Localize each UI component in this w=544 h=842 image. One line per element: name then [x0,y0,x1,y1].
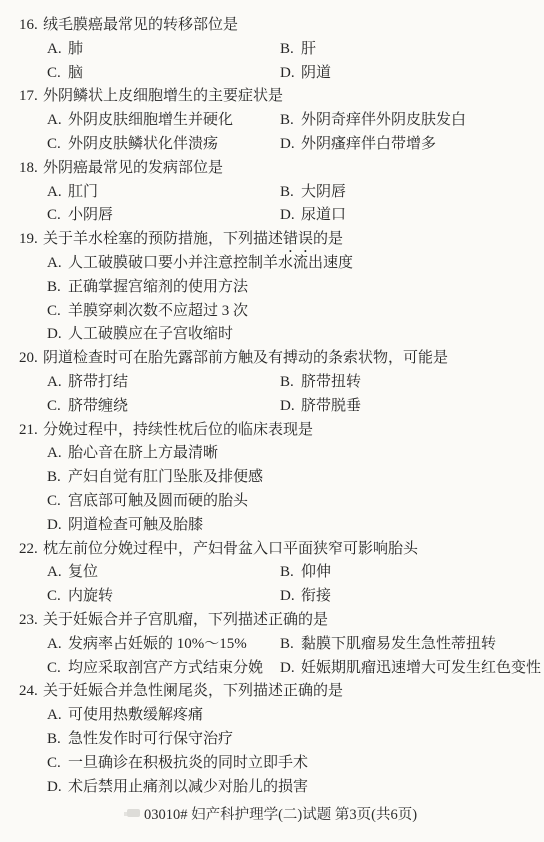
question-23: 23. 关于妊娠合并子宫肌瘤，下列描述正确的是 A.发病率占妊娠的 10%～15… [19,609,544,680]
option-16-A: A.肺 [47,38,280,62]
option-19-B: B.正确掌握宫缩剂的使用方法 [47,276,248,300]
option-text: 复位 [68,561,98,585]
option-text: 小阴唇 [68,204,113,228]
option-22-C: C.内旋转 [47,585,280,609]
option-letter: D. [280,585,301,609]
option-19-A: A.人工破膜破口要小并注意控制羊水流出速度 [47,252,353,276]
page-footer: 03010# 妇产科护理学(二)试题 第3页(共6页) [0,804,544,828]
option-text: 阴道 [301,62,331,86]
option-letter: A. [47,181,68,205]
option-24-A: A.可使用热敷缓解疼痛 [47,704,203,728]
question-stem-line: 16. 绒毛膜癌最常见的转移部位是 [19,14,544,38]
option-20-A: A.脐带打结 [47,371,280,395]
option-letter: C. [47,395,68,419]
question-stem-line: 18. 外阴癌最常见的发病部位是 [19,157,544,181]
option-text: 人工破膜破口要小并注意控制羊水流出速度 [68,252,353,276]
question-stem: 阴道检查时可在胎先露部前方触及有搏动的条索状物，可能是 [43,347,448,371]
option-24-C: C.一旦确诊在积极抗炎的同时立即手术 [47,752,308,776]
option-19-C: C.羊膜穿刺次数不应超过 3 次 [47,300,248,324]
question-16: 16. 绒毛膜癌最常见的转移部位是 A.肺 B.肝 C.脑 D.阴道 [19,14,544,85]
option-letter: B. [280,109,301,133]
question-stem-line: 19. 关于羊水栓塞的预防措施，下列描述错误的是 [19,228,544,252]
option-row: B.正确掌握宫缩剂的使用方法 [19,276,544,300]
option-letter: A. [47,561,68,585]
option-letter: A. [47,109,68,133]
option-letter: D. [280,204,301,228]
option-18-B: B.大阴唇 [280,181,346,205]
option-row: C.内旋转 D.衔接 [19,585,544,609]
option-text: 内旋转 [68,585,113,609]
option-letter: A. [47,252,68,276]
option-row: C.脐带缠绕 D.脐带脱垂 [19,395,544,419]
option-letter: B. [280,371,301,395]
emphasized-word: 错误 [283,231,313,247]
option-20-D: D.脐带脱垂 [280,395,361,419]
question-stem-line: 24. 关于妊娠合并急性阑尾炎，下列描述正确的是 [19,680,544,704]
option-19-D: D.人工破膜应在子宫收缩时 [47,323,233,347]
option-22-A: A.复位 [47,561,280,585]
option-16-D: D.阴道 [280,62,331,86]
option-17-A: A.外阴皮肤细胞增生并硬化 [47,109,280,133]
option-letter: A. [47,38,68,62]
option-text: 阴道检查可触及胎膝 [68,514,203,538]
option-row: B.急性发作时可行保守治疗 [19,728,544,752]
question-number: 21. [19,419,43,443]
option-text: 脑 [68,62,83,86]
option-letter: D. [280,133,301,157]
option-23-C: C.均应采取剖宫产方式结束分娩 [47,657,280,681]
option-letter: C. [47,204,68,228]
option-text: 均应采取剖宫产方式结束分娩 [68,657,263,681]
question-number: 18. [19,157,43,181]
question-number: 23. [19,609,43,633]
option-23-A: A.发病率占妊娠的 10%～15% [47,633,280,657]
question-number: 24. [19,680,43,704]
option-21-D: D.阴道检查可触及胎膝 [47,514,203,538]
option-row: A.胎心音在脐上方最清晰 [19,442,544,466]
question-stem: 外阴癌最常见的发病部位是 [43,157,223,181]
option-text: 术后禁用止痛剂以减少对胎儿的损害 [68,776,308,800]
option-text: 脐带脱垂 [301,395,361,419]
option-letter: B. [47,276,68,300]
option-row: D.人工破膜应在子宫收缩时 [19,323,544,347]
question-stem: 关于羊水栓塞的预防措施，下列描述错误的是 [43,228,343,252]
option-21-A: A.胎心音在脐上方最清晰 [47,442,218,466]
option-row: A.人工破膜破口要小并注意控制羊水流出速度 [19,252,544,276]
option-letter: D. [47,323,68,347]
scan-smudge-artifact [127,809,140,817]
question-22: 22. 枕左前位分娩过程中，产妇骨盆入口平面狭窄可影响胎头 A.复位 B.仰伸 … [19,538,544,609]
question-stem-line: 20. 阴道检查时可在胎先露部前方触及有搏动的条索状物，可能是 [19,347,544,371]
option-text: 尿道口 [301,204,346,228]
option-23-D: D.妊娠期肌瘤迅速增大可发生红色变性 [280,657,541,681]
option-text: 可使用热敷缓解疼痛 [68,704,203,728]
option-text: 肺 [68,38,83,62]
option-24-B: B.急性发作时可行保守治疗 [47,728,233,752]
option-text: 人工破膜应在子宫收缩时 [68,323,233,347]
option-letter: B. [47,466,68,490]
option-22-B: B.仰伸 [280,561,331,585]
option-24-D: D.术后禁用止痛剂以减少对胎儿的损害 [47,776,308,800]
option-letter: D. [280,657,301,681]
option-text: 脐带缠绕 [68,395,128,419]
option-row: C.宫底部可触及圆而硬的胎头 [19,490,544,514]
option-16-B: B.肝 [280,38,316,62]
option-letter: D. [47,514,68,538]
option-letter: B. [280,561,301,585]
question-stem: 分娩过程中，持续性枕后位的临床表现是 [43,419,313,443]
question-stem: 外阴鳞状上皮细胞增生的主要症状是 [43,85,283,109]
option-text: 脐带打结 [68,371,128,395]
footer-text: 03010# 妇产科护理学(二)试题 第3页(共6页) [144,807,417,823]
option-text: 衔接 [301,585,331,609]
question-19: 19. 关于羊水栓塞的预防措施，下列描述错误的是 A.人工破膜破口要小并注意控制… [19,228,544,347]
option-letter: C. [47,300,68,324]
question-18: 18. 外阴癌最常见的发病部位是 A.肛门 B.大阴唇 C.小阴唇 D.尿道口 [19,157,544,228]
option-20-B: B.脐带扭转 [280,371,361,395]
option-text: 外阴皮肤鳞状化伴溃疡 [68,133,218,157]
option-text: 正确掌握宫缩剂的使用方法 [68,276,248,300]
question-stem-line: 22. 枕左前位分娩过程中，产妇骨盆入口平面狭窄可影响胎头 [19,538,544,562]
option-letter: C. [47,62,68,86]
option-text: 外阴皮肤细胞增生并硬化 [68,109,233,133]
option-text: 外阴瘙痒伴白带增多 [301,133,436,157]
question-stem: 枕左前位分娩过程中，产妇骨盆入口平面狭窄可影响胎头 [43,538,418,562]
option-row: A.肛门 B.大阴唇 [19,181,544,205]
option-letter: B. [47,728,68,752]
option-18-C: C.小阴唇 [47,204,280,228]
option-row: C.小阴唇 D.尿道口 [19,204,544,228]
question-17: 17. 外阴鳞状上皮细胞增生的主要症状是 A.外阴皮肤细胞增生并硬化 B.外阴奇… [19,85,544,156]
option-letter: C. [47,490,68,514]
option-text: 一旦确诊在积极抗炎的同时立即手术 [68,752,308,776]
option-text: 羊膜穿刺次数不应超过 3 次 [68,300,248,324]
option-row: C.均应采取剖宫产方式结束分娩 D.妊娠期肌瘤迅速增大可发生红色变性 [19,657,544,681]
option-letter: A. [47,442,68,466]
option-text: 妊娠期肌瘤迅速增大可发生红色变性 [301,657,541,681]
option-row: D.阴道检查可触及胎膝 [19,514,544,538]
option-letter: A. [47,633,68,657]
exam-page: 16. 绒毛膜癌最常见的转移部位是 A.肺 B.肝 C.脑 D.阴道 17. 外… [0,0,544,842]
option-row: B.产妇自觉有肛门坠胀及排便感 [19,466,544,490]
option-text: 脐带扭转 [301,371,361,395]
option-row: A.外阴皮肤细胞增生并硬化 B.外阴奇痒伴外阴皮肤发白 [19,109,544,133]
question-stem: 关于妊娠合并子宫肌瘤，下列描述正确的是 [43,609,328,633]
option-text: 外阴奇痒伴外阴皮肤发白 [301,109,466,133]
option-text: 肛门 [68,181,98,205]
question-stem-line: 23. 关于妊娠合并子宫肌瘤，下列描述正确的是 [19,609,544,633]
option-row: A.可使用热敷缓解疼痛 [19,704,544,728]
question-stem: 绒毛膜癌最常见的转移部位是 [43,14,238,38]
question-stem: 关于妊娠合并急性阑尾炎，下列描述正确的是 [43,680,343,704]
option-16-C: C.脑 [47,62,280,86]
option-18-A: A.肛门 [47,181,280,205]
option-row: C.外阴皮肤鳞状化伴溃疡 D.外阴瘙痒伴白带增多 [19,133,544,157]
option-text: 黏膜下肌瘤易发生急性蒂扭转 [301,633,496,657]
option-letter: B. [280,633,301,657]
option-17-B: B.外阴奇痒伴外阴皮肤发白 [280,109,466,133]
option-row: A.发病率占妊娠的 10%～15% B.黏膜下肌瘤易发生急性蒂扭转 [19,633,544,657]
option-row: A.肺 B.肝 [19,38,544,62]
option-letter: B. [280,38,301,62]
option-letter: C. [47,133,68,157]
question-21: 21. 分娩过程中，持续性枕后位的临床表现是 A.胎心音在脐上方最清晰 B.产妇… [19,419,544,538]
option-22-D: D.衔接 [280,585,331,609]
option-text: 产妇自觉有肛门坠胀及排便感 [68,466,263,490]
option-text: 大阴唇 [301,181,346,205]
option-17-C: C.外阴皮肤鳞状化伴溃疡 [47,133,280,157]
option-row: A.复位 B.仰伸 [19,561,544,585]
option-text: 急性发作时可行保守治疗 [68,728,233,752]
question-20: 20. 阴道检查时可在胎先露部前方触及有搏动的条索状物，可能是 A.脐带打结 B… [19,347,544,418]
question-number: 19. [19,228,43,252]
option-text: 仰伸 [301,561,331,585]
question-number: 16. [19,14,43,38]
option-letter: C. [47,585,68,609]
option-row: C.一旦确诊在积极抗炎的同时立即手术 [19,752,544,776]
option-text: 宫底部可触及圆而硬的胎头 [68,490,248,514]
question-stem-line: 21. 分娩过程中，持续性枕后位的临床表现是 [19,419,544,443]
question-24: 24. 关于妊娠合并急性阑尾炎，下列描述正确的是 A.可使用热敷缓解疼痛 B.急… [19,680,544,799]
option-text: 胎心音在脐上方最清晰 [68,442,218,466]
option-21-B: B.产妇自觉有肛门坠胀及排便感 [47,466,263,490]
option-letter: B. [280,181,301,205]
option-letter: A. [47,704,68,728]
question-number: 17. [19,85,43,109]
option-row: D.术后禁用止痛剂以减少对胎儿的损害 [19,776,544,800]
question-number: 22. [19,538,43,562]
option-row: A.脐带打结 B.脐带扭转 [19,371,544,395]
option-letter: D. [47,776,68,800]
option-20-C: C.脐带缠绕 [47,395,280,419]
question-stem-line: 17. 外阴鳞状上皮细胞增生的主要症状是 [19,85,544,109]
option-letter: D. [280,395,301,419]
option-text: 肝 [301,38,316,62]
option-23-B: B.黏膜下肌瘤易发生急性蒂扭转 [280,633,496,657]
option-letter: A. [47,371,68,395]
option-text: 发病率占妊娠的 10%～15% [68,633,247,657]
option-letter: C. [47,752,68,776]
option-row: C.脑 D.阴道 [19,62,544,86]
option-letter: C. [47,657,68,681]
option-17-D: D.外阴瘙痒伴白带增多 [280,133,436,157]
option-18-D: D.尿道口 [280,204,346,228]
option-row: C.羊膜穿刺次数不应超过 3 次 [19,300,544,324]
option-21-C: C.宫底部可触及圆而硬的胎头 [47,490,248,514]
option-letter: D. [280,62,301,86]
question-number: 20. [19,347,43,371]
